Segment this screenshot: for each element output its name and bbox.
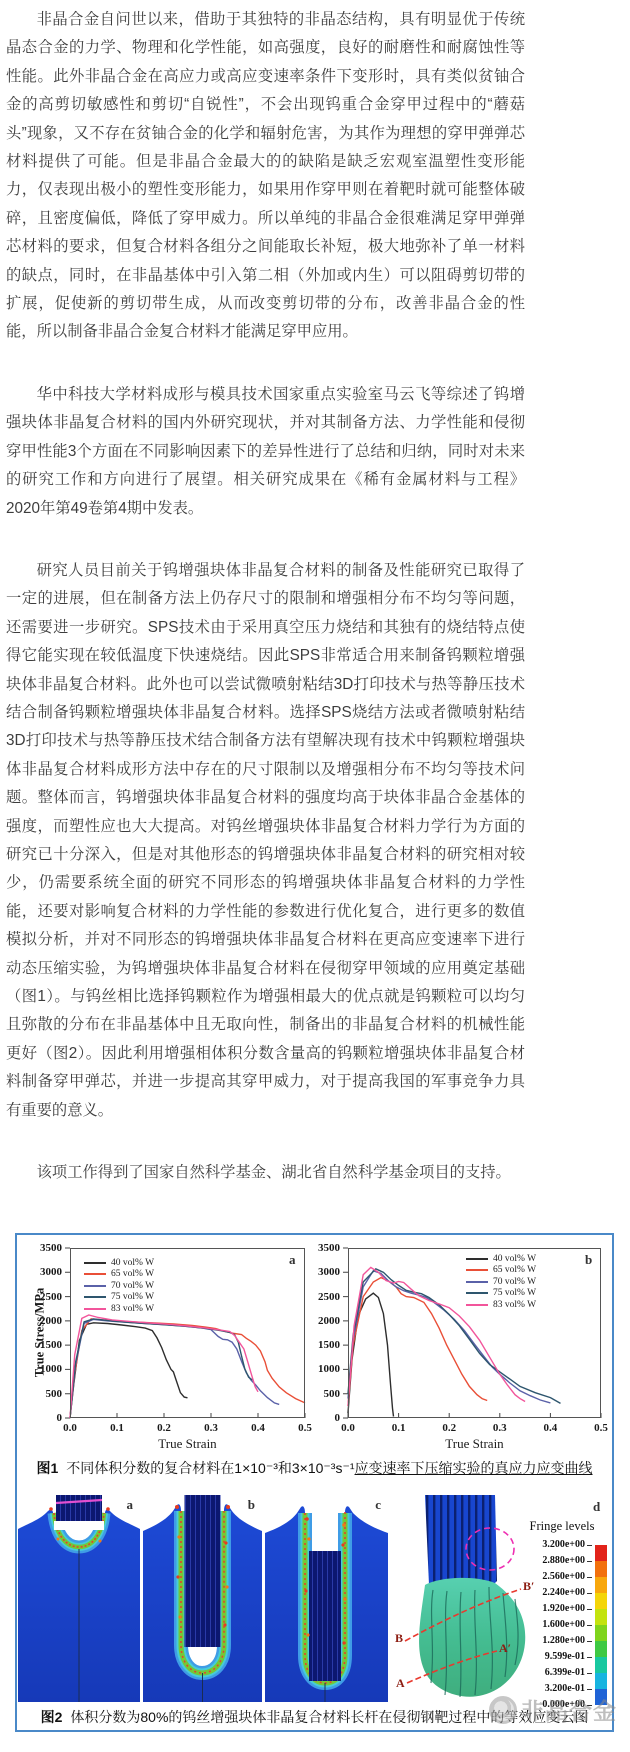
panel-label-b: b <box>248 1497 255 1513</box>
section-line-label-B: B <box>395 1631 403 1646</box>
fringe-tick <box>587 1625 592 1626</box>
fringe-tick <box>587 1673 592 1674</box>
penetration-crater-deepest <box>265 1495 388 1702</box>
legend-item: 40 vol% W <box>466 1253 536 1265</box>
x-axis-label: True Strain <box>348 1436 601 1452</box>
target-simulation-panel-b: b <box>143 1495 262 1702</box>
article-page: { "page": {"background": "#ffffff", "tex… <box>0 0 630 1752</box>
paragraph-intro: 非晶合金自问世以来，借助于其独特的非晶态结构，具有明显优于传统晶态合金的力学、物… <box>6 6 525 347</box>
legend-item: 83 vol% W <box>466 1299 536 1311</box>
legend-swatch <box>466 1292 488 1294</box>
legend-label: 40 vol% W <box>493 1254 536 1264</box>
paragraph-research-group: 华中科技大学材料成形与模具技术国家重点实验室马云飞等综述了钨增强块体非晶复合材料… <box>6 381 525 523</box>
y-tick-label: 3000 <box>17 1266 340 1278</box>
y-tick-label: 1000 <box>17 1363 340 1375</box>
legend-swatch <box>466 1304 488 1306</box>
fringe-level-value: 6.399e-01 <box>519 1667 585 1678</box>
fringe-color-cell <box>595 1561 607 1577</box>
fringe-color-cell <box>595 1657 607 1673</box>
x-tick-label: 0.3 <box>484 1422 516 1434</box>
article-body: 非晶合金自问世以来，借助于其独特的非晶态结构，具有明显优于传统晶态合金的力学、物… <box>6 6 525 1221</box>
fringe-level-value: 3.200e-01 <box>519 1683 585 1694</box>
legend-label: 65 vol% W <box>493 1265 536 1275</box>
penetration-crater-shallow <box>18 1495 140 1702</box>
y-tick-label: 2500 <box>17 1291 340 1303</box>
fringe-level-value: 2.240e+00 <box>519 1587 585 1598</box>
fringe-tick <box>587 1641 592 1642</box>
series-line-40-vol%-W <box>348 1293 394 1416</box>
chart-legend: 40 vol% W65 vol% W70 vol% W75 vol% W83 v… <box>466 1253 536 1311</box>
legend-item: 75 vol% W <box>466 1288 536 1300</box>
fringe-color-cell <box>595 1625 607 1641</box>
legend-swatch <box>466 1258 488 1260</box>
x-tick-label: 0.4 <box>534 1422 566 1434</box>
fringe-color-cell <box>595 1593 607 1609</box>
legend-swatch <box>466 1269 488 1271</box>
legend-item: 70 vol% W <box>466 1276 536 1288</box>
y-tick-label: 1500 <box>17 1339 340 1351</box>
y-tick-label: 3500 <box>17 1242 340 1254</box>
fringe-level-value: 1.600e+00 <box>519 1619 585 1630</box>
fringe-level-value: 1.920e+00 <box>519 1603 585 1614</box>
fringe-color-cell <box>595 1577 607 1593</box>
paragraph-funding: 该项工作得到了国家自然科学基金、湖北省自然科学基金项目的支持。 <box>6 1159 525 1187</box>
stress-strain-chart-b: 0500100015002000250030003500 0.00.10.20.… <box>17 1235 612 1467</box>
section-line-label-A-prime: A′ <box>499 1641 511 1656</box>
fringe-legend-title: Fringe levels <box>519 1519 605 1534</box>
fringe-level-value: 3.200e+00 <box>519 1539 585 1550</box>
fringe-tick <box>587 1689 592 1690</box>
fringe-level-value: 2.880e+00 <box>519 1555 585 1566</box>
legend-swatch <box>466 1281 488 1283</box>
fringe-tick <box>587 1657 592 1658</box>
fringe-tick <box>587 1577 592 1578</box>
x-tick-label: 0.0 <box>332 1422 364 1434</box>
fringe-level-value: 1.280e+00 <box>519 1635 585 1646</box>
fringe-color-cell <box>595 1545 607 1561</box>
legend-label: 83 vol% W <box>493 1300 536 1310</box>
figure2-panels: a b <box>17 1495 612 1702</box>
fringe-color-cell <box>595 1641 607 1657</box>
panel-label-c: c <box>375 1497 381 1513</box>
figure2-caption-text: 体积分数为80%的钨丝增强块体非晶复合材料长杆在侵彻钢靶过程中的等效应变云图 <box>70 1709 588 1725</box>
fringe-level-value: 9.599e-01 <box>519 1651 585 1662</box>
figure-block: True Stress/MPa 050010001500200025003000… <box>15 1233 614 1732</box>
x-tick-label: 0.2 <box>433 1422 465 1434</box>
fringe-tick <box>587 1705 592 1706</box>
figure1-caption: 图1不同体积分数的复合材料在1×10⁻³和3×10⁻³s⁻¹应变速率下压缩实验的… <box>17 1458 612 1478</box>
fringe-tick <box>587 1545 592 1546</box>
target-simulation-panel-c: c <box>265 1495 388 1702</box>
fringe-tick <box>587 1561 592 1562</box>
fringe-tick <box>587 1593 592 1594</box>
x-tick-label: 0.5 <box>585 1422 617 1434</box>
penetration-crater-deep <box>143 1495 262 1702</box>
figure2-caption: 图2体积分数为80%的钨丝增强块体非晶复合材料长杆在侵彻钢靶过程中的等效应变云图 <box>17 1707 612 1727</box>
fringe-legend: Fringe levels 3.200e+002.880e+002.560e+0… <box>519 1495 612 1702</box>
target-simulation-panel-a: a <box>18 1495 140 1702</box>
figure1-caption-label: 图1 <box>36 1460 58 1476</box>
figure1-caption-text: 不同体积分数的复合材料在1×10⁻³和3×10⁻³s⁻¹ <box>66 1460 354 1476</box>
fringe-color-cell <box>595 1689 607 1705</box>
paragraph-discussion: 研究人员目前关于钨增强块体非晶复合材料的制备及性能研究已取得了一定的进展，但在制… <box>6 557 525 1125</box>
figure2-caption-label: 图2 <box>41 1709 63 1725</box>
subpanel-label-b: b <box>585 1252 592 1268</box>
fringe-color-cell <box>595 1609 607 1625</box>
y-tick-label: 0 <box>17 1412 340 1424</box>
section-line-label-A: A <box>396 1676 405 1691</box>
panel-label-d: d <box>593 1499 600 1515</box>
legend-item: 65 vol% W <box>466 1265 536 1277</box>
fringe-level-value: 2.560e+00 <box>519 1571 585 1582</box>
fringe-tick <box>587 1609 592 1610</box>
panel-label-a: a <box>127 1497 134 1513</box>
y-tick-label: 2000 <box>17 1315 340 1327</box>
x-tick-label: 0.1 <box>383 1422 415 1434</box>
y-tick-label: 500 <box>17 1388 340 1400</box>
fringe-color-cell <box>595 1673 607 1689</box>
legend-label: 75 vol% W <box>493 1288 536 1298</box>
fringe-colorbar <box>595 1545 607 1705</box>
figure1-caption-text-underlined: 应变速率下压缩实验的真应力应变曲线 <box>355 1460 593 1476</box>
legend-label: 70 vol% W <box>493 1277 536 1287</box>
